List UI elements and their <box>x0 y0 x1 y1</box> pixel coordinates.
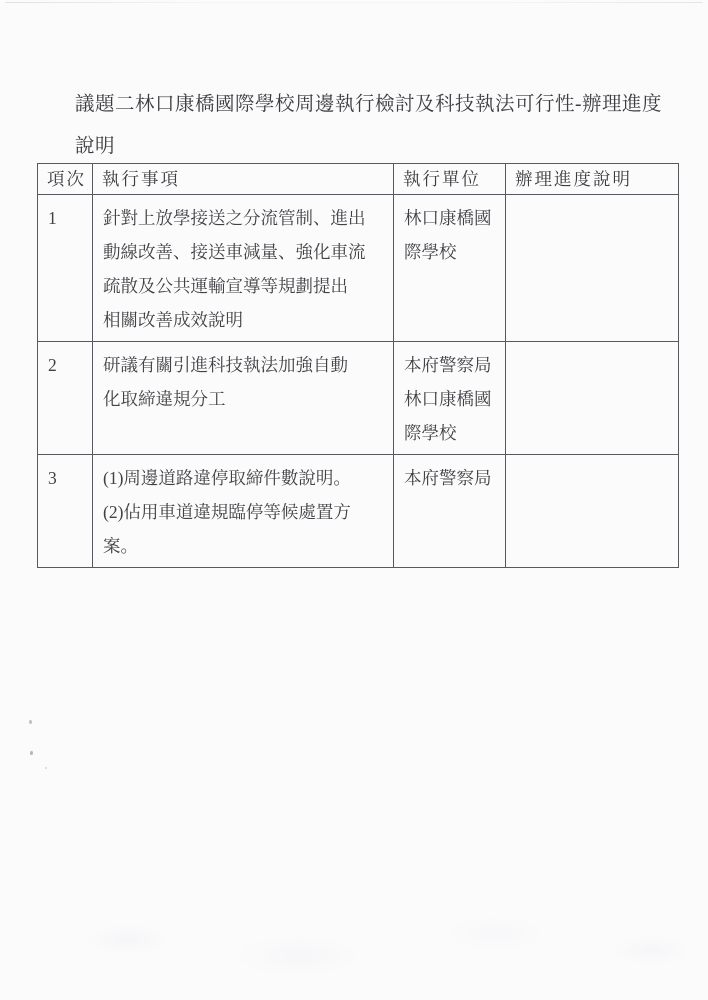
scan-noise-artifact <box>0 890 708 1000</box>
table-row: 1 針對上放學接送之分流管制、進出 動線改善、接送車減量、強化車流 疏散及公共運… <box>38 195 679 342</box>
row-progress-cell <box>506 195 679 342</box>
col-header-progress: 辦理進度說明 <box>506 164 679 195</box>
progress-table: 項次 執行事項 執行單位 辦理進度說明 1 針對上放學接送之分流管制、進出 動線… <box>37 163 679 568</box>
document-page: 議題二林口康橋國際學校周邊執行檢討及科技執法可行性-辦理進度 說明 項次 執行事… <box>0 0 708 1000</box>
table-header-row: 項次 執行事項 執行單位 辦理進度說明 <box>38 164 679 195</box>
row-progress-cell <box>506 342 679 455</box>
row-no-cell: 2 <box>38 342 93 455</box>
table-row: 3 (1)周邊道路違停取締件數說明。 (2)佔用車道違規臨停等候處置方 案。 本… <box>38 455 679 568</box>
row-unit-cell: 本府警察局 林口康橋國 際學校 <box>394 342 506 455</box>
row-progress-cell <box>506 455 679 568</box>
row-unit-cell: 本府警察局 <box>394 455 506 568</box>
row-unit-cell: 林口康橋國 際學校 <box>394 195 506 342</box>
scan-speck-artifact <box>30 751 33 755</box>
scan-edge-artifact <box>5 2 703 3</box>
row-item-cell: 研議有關引進科技執法加強自動 化取締違規分工 <box>93 342 394 455</box>
col-header-no: 項次 <box>38 164 93 195</box>
row-item-cell: (1)周邊道路違停取締件數說明。 (2)佔用車道違規臨停等候處置方 案。 <box>93 455 394 568</box>
col-header-unit: 執行單位 <box>394 164 506 195</box>
row-no-cell: 3 <box>38 455 93 568</box>
col-header-item: 執行事項 <box>93 164 394 195</box>
page-title: 議題二林口康橋國際學校周邊執行檢討及科技執法可行性-辦理進度 說明 <box>75 84 681 168</box>
row-no-cell: 1 <box>38 195 93 342</box>
scan-speck-artifact <box>29 720 32 724</box>
scan-speck-artifact <box>45 767 47 769</box>
table-row: 2 研議有關引進科技執法加強自動 化取締違規分工 本府警察局 林口康橋國 際學校 <box>38 342 679 455</box>
row-item-cell: 針對上放學接送之分流管制、進出 動線改善、接送車減量、強化車流 疏散及公共運輸宣… <box>93 195 394 342</box>
